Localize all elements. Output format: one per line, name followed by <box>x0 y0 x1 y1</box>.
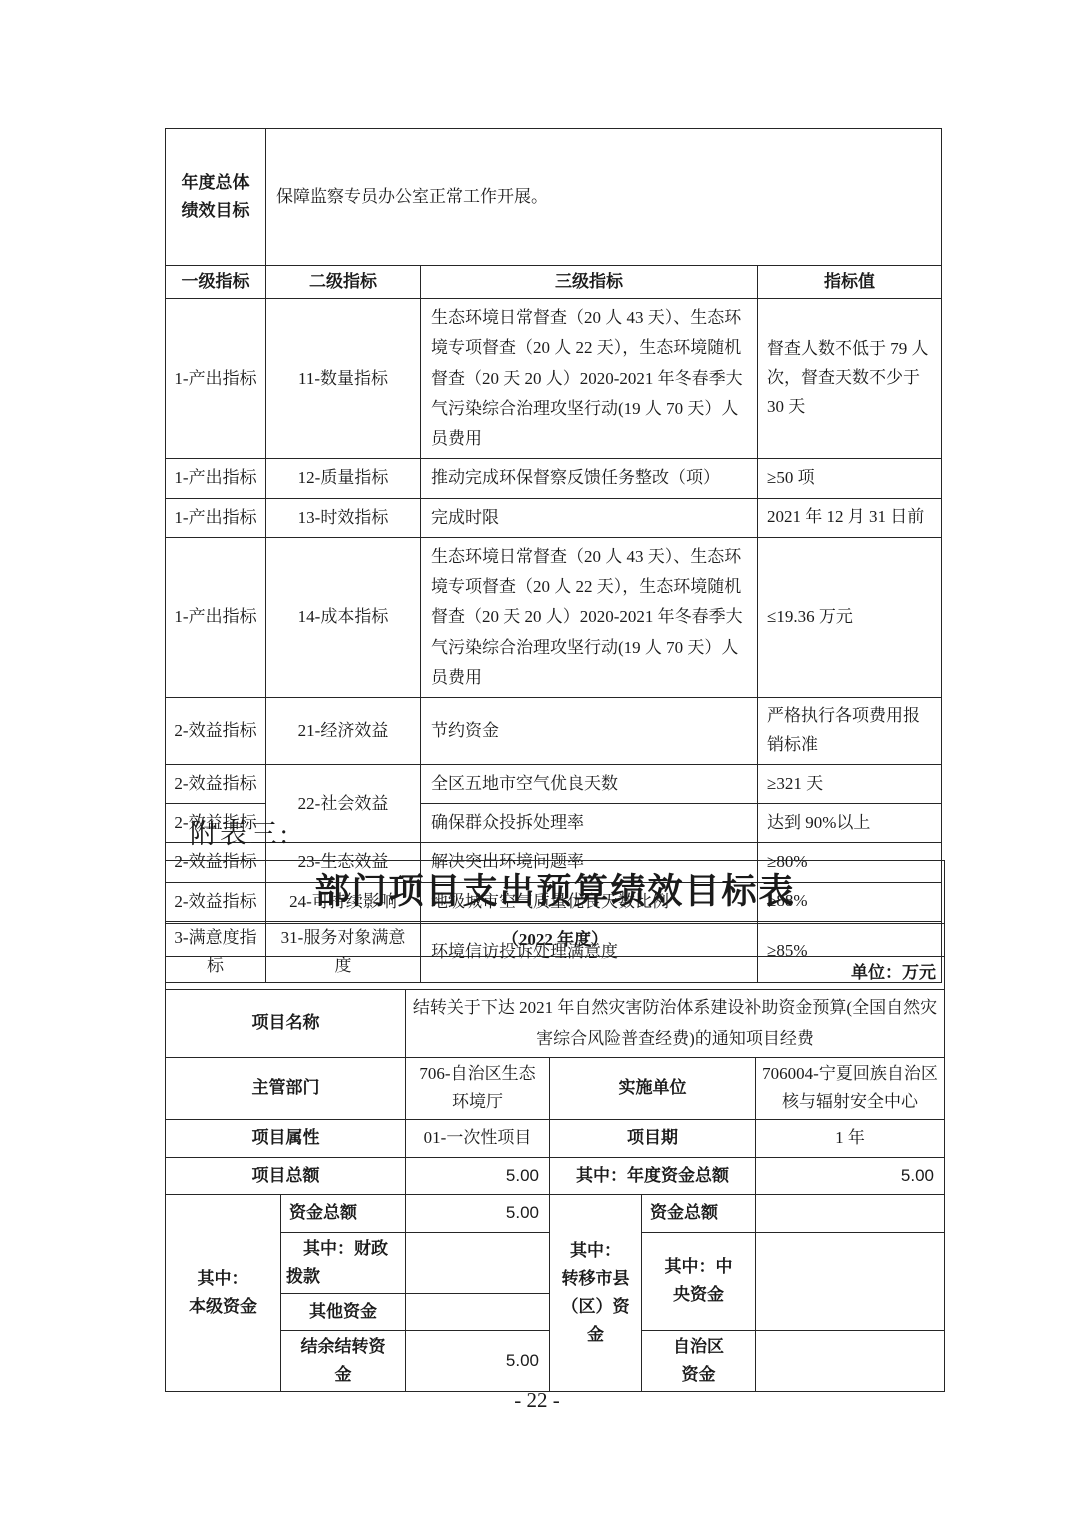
overall-goal-row: 年度总体 绩效目标 保障监察专员办公室正常工作开展。 <box>166 129 942 266</box>
fiscal-allocation-label: 其中：财政拨款 <box>281 1232 406 1293</box>
period-value: 1 年 <box>756 1119 945 1157</box>
transfer-total-value <box>756 1194 945 1232</box>
project-budget-table: 部门项目支出预算绩效目标表 （2022 年度） 单位：万元 项目名称 结转关于下… <box>165 860 945 1392</box>
table-row: 1-产出指标 11-数量指标 生态环境日常督查（20 人 43 天）、生态环境专… <box>166 299 942 459</box>
impl-unit-label: 实施单位 <box>550 1057 756 1119</box>
table-row: 1-产出指标 14-成本指标 生态环境日常督查（20 人 43 天）、生态环境专… <box>166 537 942 697</box>
level3-cell: 完成时限 <box>421 498 758 537</box>
level2-cell: 13-时效指标 <box>266 498 421 537</box>
level3-cell: 节约资金 <box>421 698 758 765</box>
project-attr-row: 项目属性 01-一次性项目 项目期 1 年 <box>166 1119 945 1157</box>
table-row: 1-产出指标 12-质量指标 推动完成环保督察反馈任务整改（项） ≥50 项 <box>166 459 942 498</box>
table-year-row: （2022 年度） <box>166 923 945 956</box>
total-value: 5.00 <box>406 1157 550 1194</box>
other-funds-value <box>406 1293 550 1330</box>
overall-goal-label: 年度总体 绩效目标 <box>166 129 266 266</box>
value-cell: 达到 90%以上 <box>758 804 942 843</box>
indicator-header-row: 一级指标 二级指标 三级指标 指标值 <box>166 266 942 299</box>
overall-goal-value: 保障监察专员办公室正常工作开展。 <box>266 129 942 266</box>
level3-cell: 全区五地市空气优良天数 <box>421 764 758 803</box>
level1-cell: 2-效益指标 <box>166 764 266 803</box>
header-level3: 三级指标 <box>421 266 758 299</box>
attr-value: 01-一次性项目 <box>406 1119 550 1157</box>
attr-label: 项目属性 <box>166 1119 406 1157</box>
region-funds-label: 自治区 资金 <box>642 1330 756 1391</box>
project-name-label: 项目名称 <box>166 989 406 1057</box>
level2-cell: 11-数量指标 <box>266 299 421 459</box>
attachment-heading: 附表三: <box>190 812 291 851</box>
level3-cell: 生态环境日常督查（20 人 43 天）、生态环境专项督查（20 人 22 天），… <box>421 299 758 459</box>
value-cell: ≥321 天 <box>758 764 942 803</box>
level1-cell: 1-产出指标 <box>166 299 266 459</box>
table-unit-row: 单位：万元 <box>166 956 945 989</box>
header-value: 指标值 <box>758 266 942 299</box>
project-name-row: 项目名称 结转关于下达 2021 年自然灾害防治体系建设补助资金预算(全国自然灾… <box>166 989 945 1057</box>
table-unit: 单位：万元 <box>166 956 945 989</box>
table-year: （2022 年度） <box>166 923 945 956</box>
central-funds-label: 其中：中 央资金 <box>642 1232 756 1330</box>
value-cell: 2021 年 12 月 31 日前 <box>758 498 942 537</box>
other-funds-label: 其他资金 <box>281 1293 406 1330</box>
transfer-total-label: 资金总额 <box>642 1194 756 1232</box>
project-total-row: 项目总额 5.00 其中：年度资金总额 5.00 <box>166 1157 945 1194</box>
local-funds-group-label: 其中： 本级资金 <box>166 1194 281 1391</box>
transfer-funds-group-label: 其中： 转移市县 （区）资 金 <box>550 1194 642 1391</box>
department-row: 主管部门 706-自治区生态 环境厅 实施单位 706004-宁夏回族自治区 核… <box>166 1057 945 1119</box>
total-label: 项目总额 <box>166 1157 406 1194</box>
level3-cell: 生态环境日常督查（20 人 43 天）、生态环境专项督查（20 人 22 天），… <box>421 537 758 697</box>
dept-value: 706-自治区生态 环境厅 <box>406 1057 550 1119</box>
value-cell: ≤19.36 万元 <box>758 537 942 697</box>
performance-indicator-table: 年度总体 绩效目标 保障监察专员办公室正常工作开展。 一级指标 二级指标 三级指… <box>165 128 942 983</box>
page-number: - 22 - <box>0 1388 1074 1413</box>
table-title-row: 部门项目支出预算绩效目标表 <box>166 861 945 924</box>
carryover-funds-value: 5.00 <box>406 1330 550 1391</box>
table-row: 1-产出指标 13-时效指标 完成时限 2021 年 12 月 31 日前 <box>166 498 942 537</box>
local-total-label: 资金总额 <box>281 1194 406 1232</box>
level2-cell: 14-成本指标 <box>266 537 421 697</box>
table-row: 2-效益指标 21-经济效益 节约资金 严格执行各项费用报销标准 <box>166 698 942 765</box>
annual-total-label: 其中：年度资金总额 <box>550 1157 756 1194</box>
document-page: 年度总体 绩效目标 保障监察专员办公室正常工作开展。 一级指标 二级指标 三级指… <box>0 0 1074 1520</box>
value-cell: ≥50 项 <box>758 459 942 498</box>
value-cell: 严格执行各项费用报销标准 <box>758 698 942 765</box>
value-cell: 督查人数不低于 79 人次，督查天数不少于 30 天 <box>758 299 942 459</box>
dept-label: 主管部门 <box>166 1057 406 1119</box>
impl-unit-value: 706004-宁夏回族自治区 核与辐射安全中心 <box>756 1057 945 1119</box>
region-funds-value <box>756 1330 945 1391</box>
header-level1: 一级指标 <box>166 266 266 299</box>
annual-total-value: 5.00 <box>756 1157 945 1194</box>
header-level2: 二级指标 <box>266 266 421 299</box>
funds-row: 其中： 本级资金 资金总额 5.00 其中： 转移市县 （区）资 金 资金总额 <box>166 1194 945 1232</box>
local-total-value: 5.00 <box>406 1194 550 1232</box>
project-name-value: 结转关于下达 2021 年自然灾害防治体系建设补助资金预算(全国自然灾害综合风险… <box>406 989 945 1057</box>
level2-cell: 12-质量指标 <box>266 459 421 498</box>
carryover-funds-label: 结余结转资 金 <box>281 1330 406 1391</box>
level1-cell: 1-产出指标 <box>166 459 266 498</box>
table-row: 2-效益指标 22-社会效益 全区五地市空气优良天数 ≥321 天 <box>166 764 942 803</box>
fiscal-allocation-value <box>406 1232 550 1293</box>
period-label: 项目期 <box>550 1119 756 1157</box>
level3-cell: 推动完成环保督察反馈任务整改（项） <box>421 459 758 498</box>
central-funds-value <box>756 1232 945 1330</box>
level2-cell: 21-经济效益 <box>266 698 421 765</box>
level3-cell: 确保群众投拆处理率 <box>421 804 758 843</box>
table-title: 部门项目支出预算绩效目标表 <box>166 861 945 924</box>
level1-cell: 1-产出指标 <box>166 537 266 697</box>
level1-cell: 2-效益指标 <box>166 698 266 765</box>
level1-cell: 1-产出指标 <box>166 498 266 537</box>
